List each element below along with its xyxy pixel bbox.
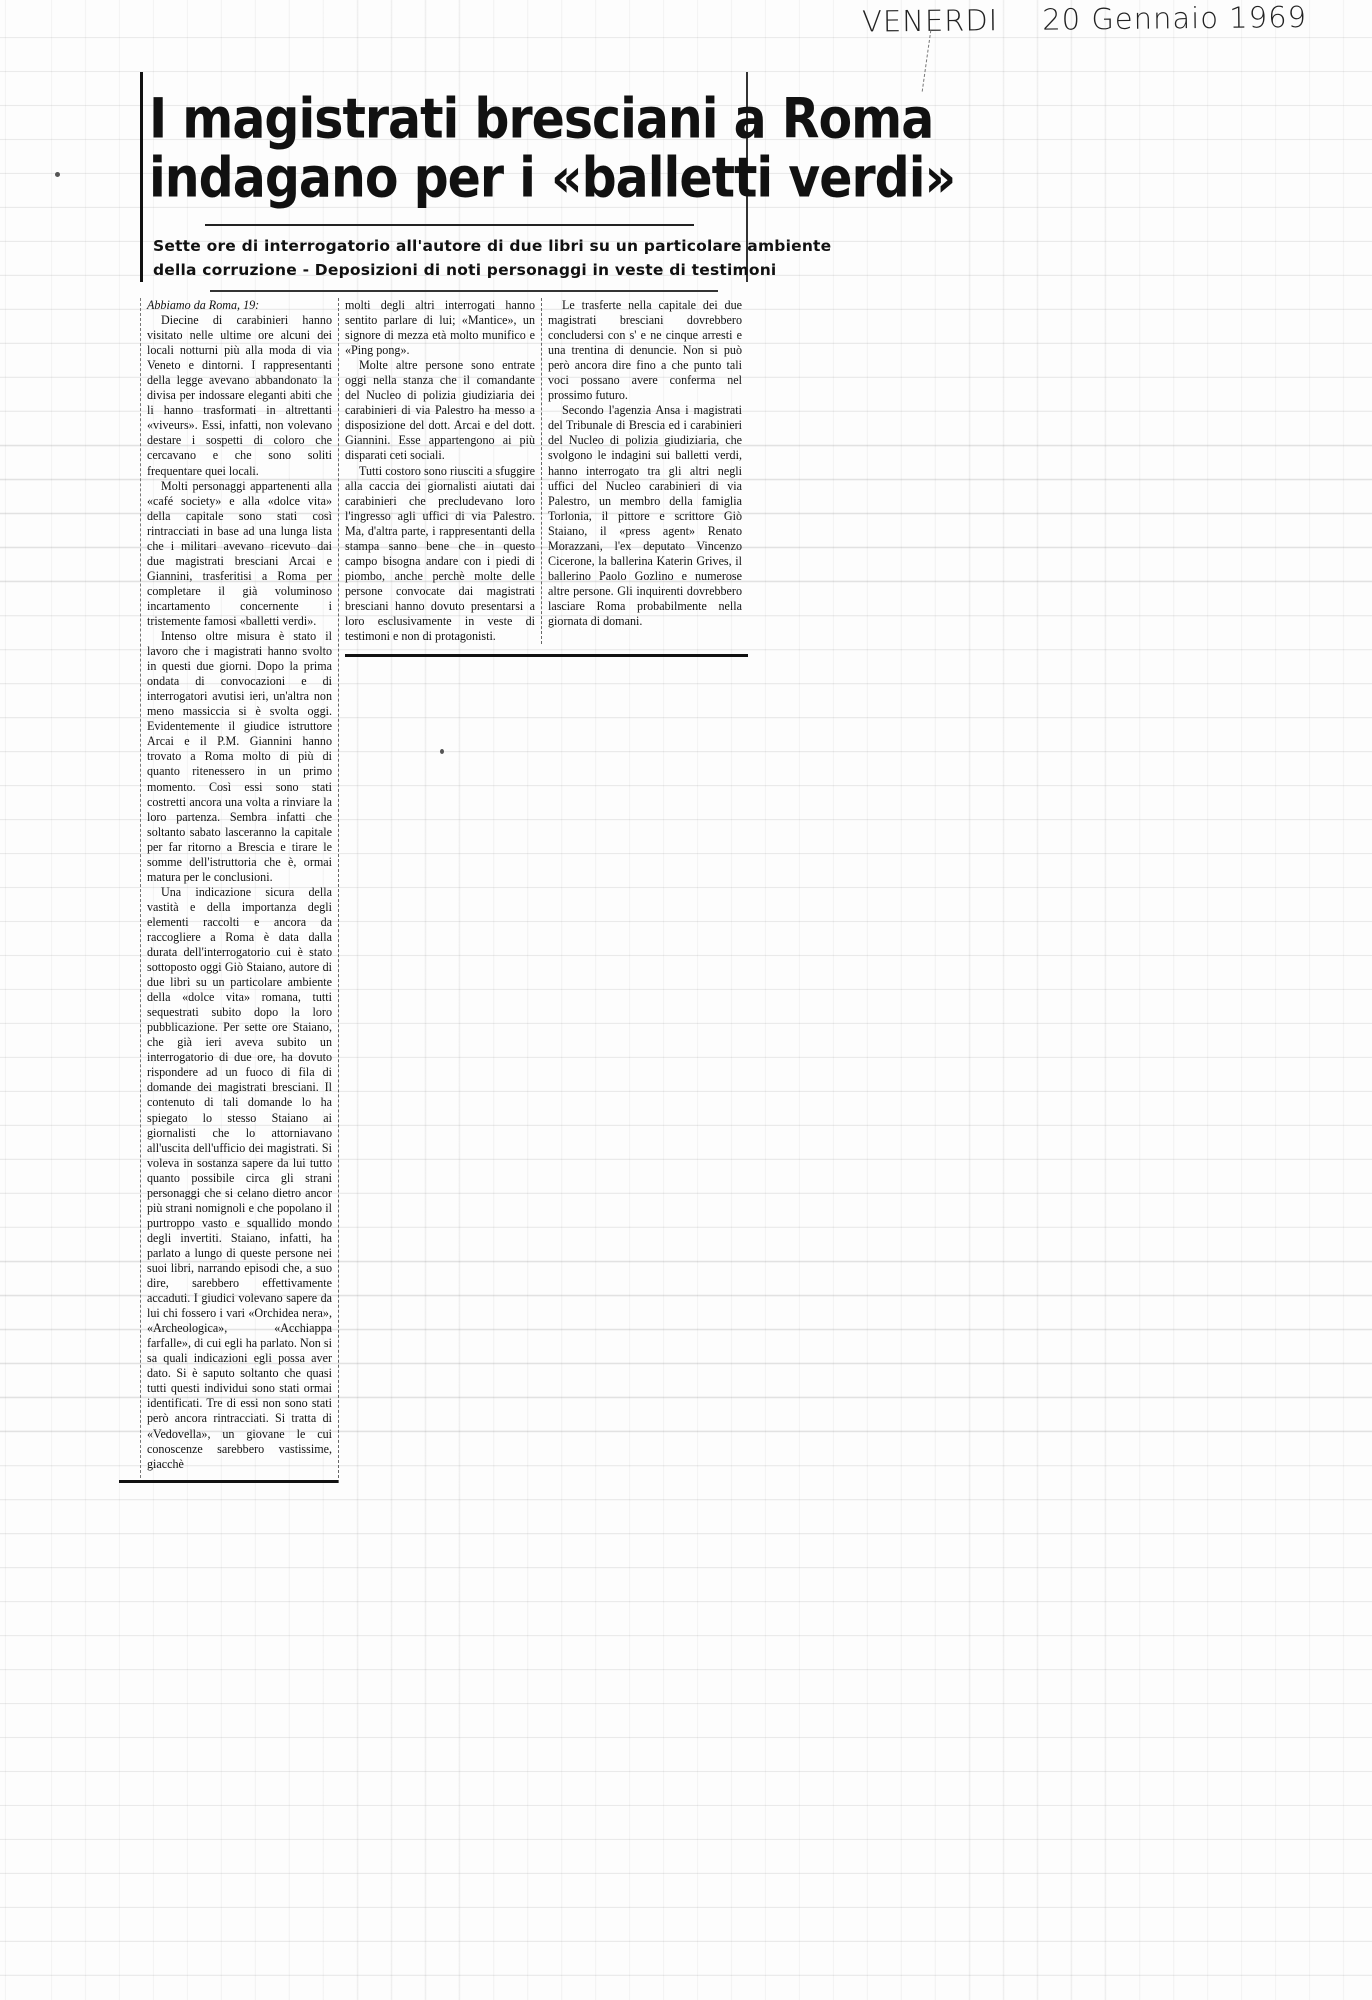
scan-speck [55, 172, 60, 177]
pen-stroke-mark [922, 30, 934, 92]
paragraph: Tutti costoro sono riusciti a sfuggire a… [345, 464, 535, 645]
column-end-rule [119, 1480, 338, 1483]
paragraph: Secondo l'agenzia Ansa i magistrati del … [548, 403, 742, 629]
subheadline-rule [210, 290, 718, 292]
paragraph: Le trasferte nella capitale dei due magi… [548, 298, 742, 403]
paragraph: Una indicazione sicura della vastità e d… [147, 885, 332, 1472]
headline-block: I magistrati bresciani a Roma indagano p… [140, 72, 748, 282]
article-column-2: molti degli altri interrogati hanno sent… [339, 298, 542, 644]
paragraph: Intenso oltre misura è stato il lavoro c… [147, 629, 332, 885]
headline-line-2: indagano per i «balletti verdi» [149, 145, 742, 211]
handwritten-full-date: 20 Gennaio 1969 [1042, 0, 1307, 37]
column-end-rule [345, 654, 748, 657]
newspaper-clipping: I magistrati bresciani a Roma indagano p… [140, 72, 748, 1483]
dateline: Abbiamo da Roma, 19: [147, 298, 259, 312]
article-columns-2-3: molti degli altri interrogati hanno sent… [339, 298, 748, 657]
paragraph: Diecine di carabinieri hanno visitato ne… [147, 313, 332, 479]
article-body: Abbiamo da Roma, 19: Diecine di carabini… [140, 298, 748, 1483]
headline-rule [205, 224, 694, 226]
subheadline-line-1: Sette ore di interrogatorio all'autore d… [149, 234, 742, 258]
handwritten-date: VENERDI20 Gennaio 1969 [862, 0, 1351, 39]
paragraph: Molti personaggi appartenenti alla «café… [147, 479, 332, 629]
article-column-3: Le trasferte nella capitale dei due magi… [542, 298, 748, 644]
subheadline-line-2: della corruzione - Deposizioni di noti p… [149, 258, 742, 282]
paragraph: Molte altre persone sono entrate oggi ne… [345, 358, 535, 463]
paragraph: molti degli altri interrogati hanno sent… [345, 298, 535, 358]
article-column-1: Abbiamo da Roma, 19: Diecine di carabini… [140, 298, 339, 1483]
headline-line-1: I magistrati bresciani a Roma [149, 86, 742, 152]
